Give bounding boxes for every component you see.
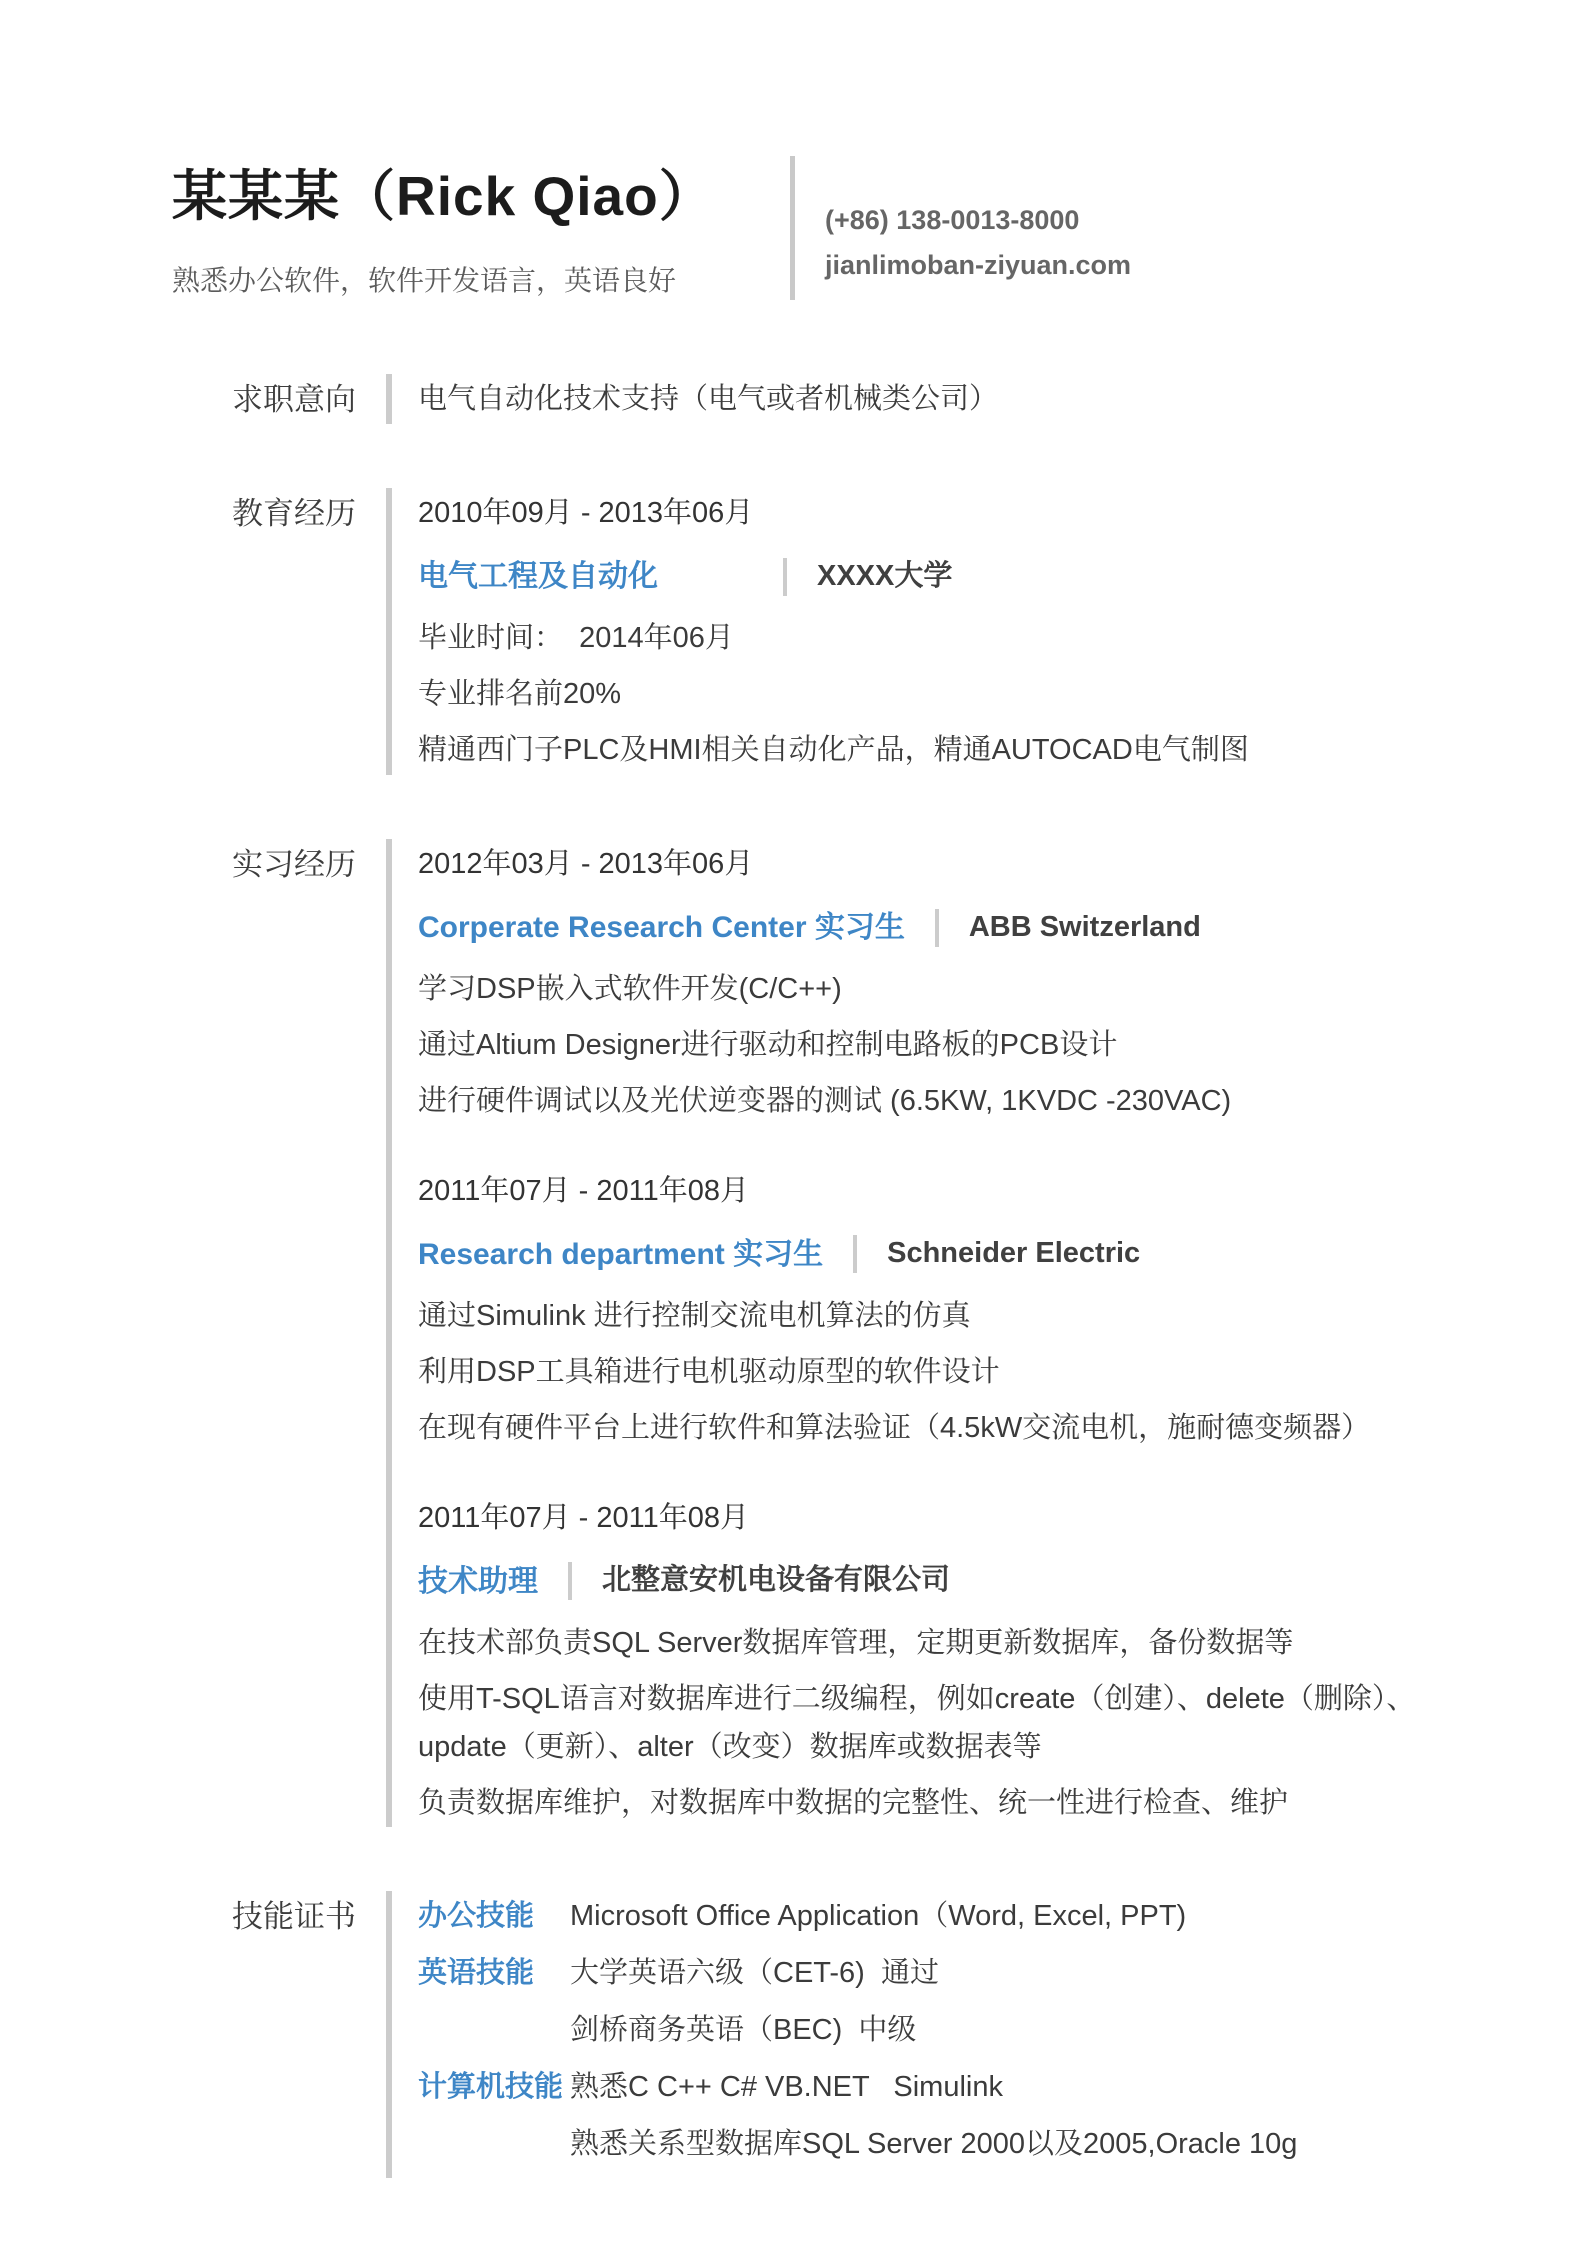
internship-title-row: Research department 实习生 Schneider Electr… — [418, 1230, 1497, 1280]
internship-entry: 2011年07月 - 2011年08月 Research department … — [418, 1168, 1497, 1453]
skill-text: 大学英语六级（CET-6) 通过 — [570, 1950, 939, 1998]
resume-page: 某某某（Rick Qiao） 熟悉办公软件，软件开发语言，英语良好 (+86) … — [0, 0, 1587, 2244]
internship-title-row: Corperate Research Center 实习生 ABB Switze… — [418, 903, 1497, 953]
skill-category: 办公技能 — [418, 1893, 570, 1941]
internship-detail: 负责数据库维护，对数据库中数据的完整性、统一性进行检查、维护 — [418, 1780, 1497, 1828]
internship-period: 2012年03月 - 2013年06月 — [418, 841, 1497, 889]
contact-block: (+86) 138-0013-8000 jianlimoban-ziyuan.c… — [795, 152, 1131, 300]
internship-detail: 在技术部负责SQL Server数据库管理，定期更新数据库，备份数据等 — [418, 1620, 1497, 1668]
internship-detail: 利用DSP工具箱进行电机驱动原型的软件设计 — [418, 1349, 1497, 1397]
phone-number: (+86) 138-0013-8000 — [825, 198, 1131, 243]
skill-category — [418, 2007, 570, 2055]
candidate-name: 某某某（Rick Qiao） — [172, 152, 790, 231]
skill-text: 熟悉关系型数据库SQL Server 2000以及2005,Oracle 10g — [570, 2121, 1297, 2169]
objective-text: 电气自动化技术支持（电气或者机械类公司） — [418, 376, 998, 424]
internship-entry: 2011年07月 - 2011年08月 技术助理 北整意安机电设备有限公司 在技… — [418, 1495, 1497, 1828]
candidate-tagline: 熟悉办公软件，软件开发语言，英语良好 — [172, 259, 790, 299]
skill-row: 熟悉关系型数据库SQL Server 2000以及2005,Oracle 10g — [418, 2121, 1297, 2169]
section-internship-label: 实习经历 — [0, 839, 386, 1827]
skill-text: 熟悉C C++ C# VB.NET Simulink — [570, 2064, 1003, 2112]
internship-role: 技术助理 — [418, 1557, 538, 1607]
education-entry: 2010年09月 - 2013年06月 电气工程及自动化 XXXX大学 毕业时间… — [418, 490, 1249, 775]
internship-title-row: 技术助理 北整意安机电设备有限公司 — [418, 1557, 1497, 1607]
skill-row: 计算机技能 熟悉C C++ C# VB.NET Simulink — [418, 2064, 1297, 2112]
internship-detail: 使用T-SQL语言对数据库进行二级编程，例如create（创建）、delete（… — [418, 1676, 1497, 1772]
skill-category — [418, 2121, 570, 2169]
resume-sections: 求职意向 电气自动化技术支持（电气或者机械类公司） 教育经历 2010年09月 … — [0, 374, 1587, 2178]
skill-row: 剑桥商务英语（BEC) 中级 — [418, 2007, 1297, 2055]
skill-category: 计算机技能 — [418, 2064, 570, 2112]
candidate-name-english: （Rick Qiao） — [340, 165, 715, 227]
section-objective-content: 电气自动化技术支持（电气或者机械类公司） — [392, 374, 998, 424]
internship-company: Schneider Electric — [887, 1230, 1140, 1278]
section-skills-content: 办公技能 Microsoft Office Application（Word, … — [392, 1891, 1297, 2177]
internship-role: Corperate Research Center 实习生 — [418, 903, 905, 953]
education-detail: 毕业时间： 2014年06月 — [418, 615, 1249, 663]
education-school-masked: XXXX — [817, 560, 894, 592]
internship-period: 2011年07月 - 2011年08月 — [418, 1495, 1497, 1543]
section-skills: 技能证书 办公技能 Microsoft Office Application（W… — [0, 1891, 1587, 2177]
skill-category: 英语技能 — [418, 1950, 570, 1998]
header: 某某某（Rick Qiao） 熟悉办公软件，软件开发语言，英语良好 (+86) … — [0, 0, 1587, 300]
skill-text: Microsoft Office Application（Word, Excel… — [570, 1893, 1186, 1941]
website-url: jianlimoban-ziyuan.com — [825, 243, 1131, 288]
section-education: 教育经历 2010年09月 - 2013年06月 电气工程及自动化 XXXX大学… — [0, 488, 1587, 775]
section-internship: 实习经历 2012年03月 - 2013年06月 Corperate Resea… — [0, 839, 1587, 1827]
education-detail: 专业排名前20% — [418, 671, 1249, 719]
education-major: 电气工程及自动化 — [418, 552, 753, 602]
title-vertical-divider — [935, 909, 939, 947]
section-education-content: 2010年09月 - 2013年06月 电气工程及自动化 XXXX大学 毕业时间… — [392, 488, 1249, 775]
section-education-label: 教育经历 — [0, 488, 386, 775]
education-period: 2010年09月 - 2013年06月 — [418, 490, 1249, 538]
internship-entry: 2012年03月 - 2013年06月 Corperate Research C… — [418, 841, 1497, 1126]
section-internship-content: 2012年03月 - 2013年06月 Corperate Research C… — [392, 839, 1497, 1827]
internship-detail: 通过Altium Designer进行驱动和控制电路板的PCB设计 — [418, 1022, 1497, 1070]
section-skills-label: 技能证书 — [0, 1891, 386, 2177]
section-objective: 求职意向 电气自动化技术支持（电气或者机械类公司） — [0, 374, 1587, 424]
internship-company: ABB Switzerland — [969, 904, 1201, 952]
internship-detail: 进行硬件调试以及光伏逆变器的测试 (6.5KW, 1KVDC -230VAC) — [418, 1078, 1497, 1126]
title-vertical-divider — [783, 558, 787, 596]
title-vertical-divider — [568, 1562, 572, 1600]
skill-text: 剑桥商务英语（BEC) 中级 — [570, 2007, 916, 2055]
header-identity: 某某某（Rick Qiao） 熟悉办公软件，软件开发语言，英语良好 — [172, 152, 790, 300]
internship-detail: 在现有硬件平台上进行软件和算法验证（4.5kW交流电机，施耐德变频器） — [418, 1405, 1497, 1453]
education-school: XXXX大学 — [817, 553, 952, 601]
title-vertical-divider — [853, 1235, 857, 1273]
skill-row: 英语技能 大学英语六级（CET-6) 通过 — [418, 1950, 1297, 1998]
skill-row: 办公技能 Microsoft Office Application（Word, … — [418, 1893, 1297, 1941]
internship-period: 2011年07月 - 2011年08月 — [418, 1168, 1497, 1216]
education-school-suffix: 大学 — [894, 560, 952, 592]
education-title-row: 电气工程及自动化 XXXX大学 — [418, 552, 1249, 602]
internship-role: Research department 实习生 — [418, 1230, 823, 1280]
section-objective-label: 求职意向 — [0, 374, 386, 424]
education-detail: 精通西门子PLC及HMI相关自动化产品，精通AUTOCAD电气制图 — [418, 727, 1249, 775]
internship-company: 北整意安机电设备有限公司 — [602, 1557, 950, 1605]
internship-detail: 通过Simulink 进行控制交流电机算法的仿真 — [418, 1293, 1497, 1341]
candidate-name-chinese: 某某某 — [172, 166, 340, 227]
internship-detail: 学习DSP嵌入式软件开发(C/C++) — [418, 966, 1497, 1014]
